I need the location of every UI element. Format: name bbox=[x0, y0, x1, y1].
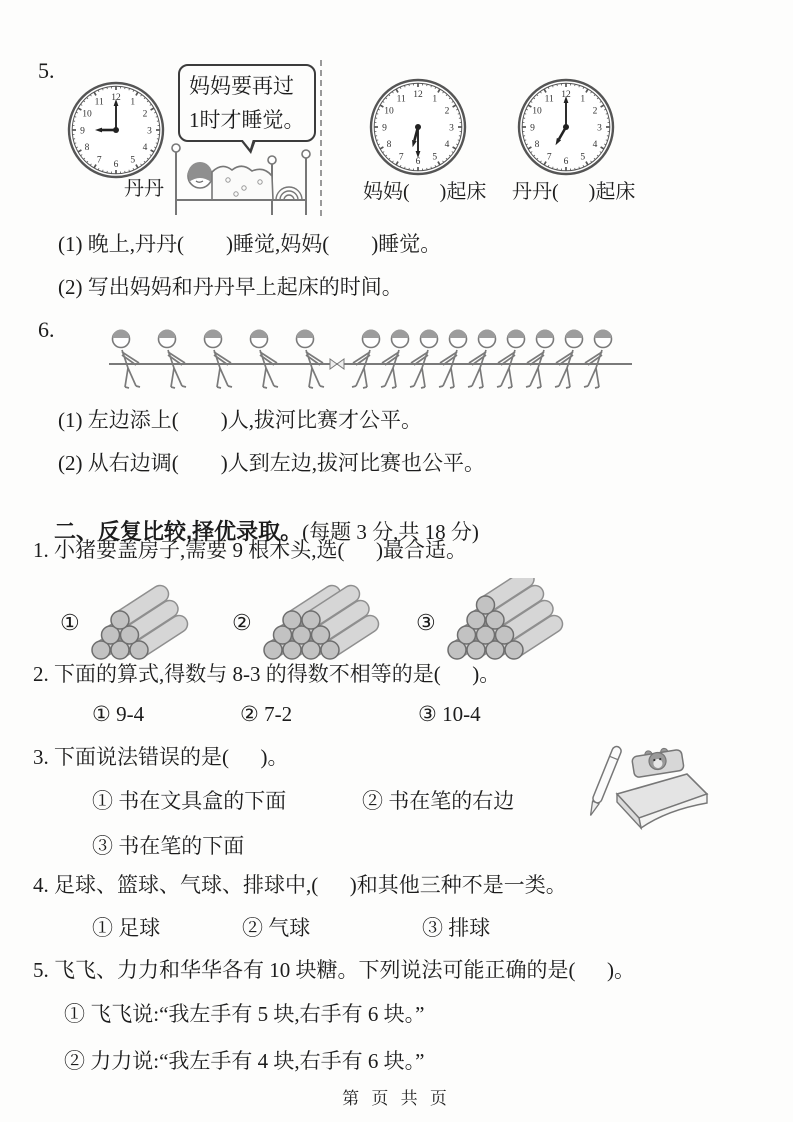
q6-sub1: (1) 左边添上( )人,拔河比赛才公平。 bbox=[58, 406, 422, 434]
svg-text:11: 11 bbox=[397, 94, 406, 104]
s2q1-option-2-label: ② bbox=[232, 610, 252, 636]
s2q2-text: 2. 下面的算式,得数与 8-3 的得数不相等的是( )。 bbox=[33, 660, 500, 688]
q5-scene-clock: 123456789101112 bbox=[66, 80, 166, 187]
book-pen-illustration bbox=[565, 736, 715, 836]
q5-number: 5. bbox=[38, 56, 55, 86]
worksheet-page: 5. 123456789101112 妈妈要再过 1时才睡觉。 丹丹 12345… bbox=[0, 0, 793, 1122]
svg-text:1: 1 bbox=[432, 94, 437, 104]
q5-sub2: (2) 写出妈妈和丹丹早上起床的时间。 bbox=[58, 273, 403, 301]
speech-bubble: 妈妈要再过 1时才睡觉。 bbox=[178, 64, 316, 142]
s2q1-option-1-label: ① bbox=[60, 610, 80, 636]
svg-text:3: 3 bbox=[449, 123, 454, 133]
svg-text:9: 9 bbox=[382, 123, 387, 133]
s2q5-option-2: ② 力力说:“我左手有 4 块,右手有 6 块。” bbox=[64, 1047, 424, 1075]
page-footer: 第 页 共 页 bbox=[0, 1084, 793, 1109]
log-pile-illustration bbox=[88, 578, 213, 667]
s2q1-option-1: ① bbox=[60, 578, 213, 667]
s2q2-option-3: ③ 10-4 bbox=[418, 700, 481, 728]
svg-text:8: 8 bbox=[85, 143, 90, 153]
svg-text:9: 9 bbox=[530, 123, 535, 133]
log-pile-illustration bbox=[444, 578, 569, 667]
mama-rise-line: 妈妈( )起床 bbox=[363, 179, 486, 206]
s2q1-text: 1. 小猪要盖房子,需要 9 根木头,选( )最合适。 bbox=[33, 536, 467, 564]
svg-text:3: 3 bbox=[147, 126, 152, 136]
svg-text:3: 3 bbox=[597, 123, 602, 133]
dandan-clock: 123456789101112 bbox=[516, 77, 616, 184]
dandan-rise-line: 丹丹( )起床 bbox=[512, 179, 635, 206]
s2q1-option-2: ② bbox=[232, 578, 385, 667]
svg-text:2: 2 bbox=[143, 110, 148, 120]
svg-text:1: 1 bbox=[130, 97, 135, 107]
svg-text:2: 2 bbox=[593, 107, 598, 117]
s2q4-option-1: ① 足球 bbox=[92, 914, 160, 942]
svg-text:11: 11 bbox=[95, 97, 104, 107]
q6-number: 6. bbox=[38, 315, 55, 345]
log-pile-illustration bbox=[260, 578, 385, 667]
s2q4-option-3: ③ 排球 bbox=[422, 914, 490, 942]
svg-text:4: 4 bbox=[143, 143, 148, 153]
s2q3-option-3: ③ 书在笔的下面 bbox=[92, 832, 244, 860]
svg-text:12: 12 bbox=[413, 90, 423, 100]
tug-of-war-illustration bbox=[103, 318, 638, 403]
svg-text:4: 4 bbox=[445, 140, 450, 150]
svg-text:7: 7 bbox=[97, 155, 102, 165]
svg-text:10: 10 bbox=[82, 110, 92, 120]
s2q4-text: 4. 足球、篮球、气球、排球中,( )和其他三种不是一类。 bbox=[33, 871, 567, 899]
q6-sub2: (2) 从右边调( )人到左边,拔河比赛也公平。 bbox=[58, 449, 485, 477]
svg-text:6: 6 bbox=[114, 160, 119, 170]
speech-bubble-line2: 1时才睡觉。 bbox=[189, 103, 305, 137]
s2q3-text: 3. 下面说法错误的是( )。 bbox=[33, 743, 289, 771]
svg-text:10: 10 bbox=[532, 107, 542, 117]
q5-sub1: (1) 晚上,丹丹( )睡觉,妈妈( )睡觉。 bbox=[58, 230, 441, 258]
s2q1-option-3-label: ③ bbox=[416, 610, 436, 636]
svg-text:11: 11 bbox=[545, 94, 554, 104]
mama-clock: 123456789101112 bbox=[368, 77, 468, 184]
svg-text:8: 8 bbox=[535, 140, 540, 150]
s2q2-option-1: ① 9-4 bbox=[92, 700, 144, 728]
svg-text:5: 5 bbox=[130, 155, 135, 165]
q5-dashed-divider bbox=[320, 60, 322, 216]
svg-text:2: 2 bbox=[445, 107, 450, 117]
s2q3-option-2: ② 书在笔的右边 bbox=[362, 787, 514, 815]
svg-text:4: 4 bbox=[593, 140, 598, 150]
svg-text:7: 7 bbox=[399, 152, 404, 162]
s2q2-option-2: ② 7-2 bbox=[240, 700, 292, 728]
s2q5-option-1: ① 飞飞说:“我左手有 5 块,右手有 6 块。” bbox=[64, 1000, 424, 1028]
svg-text:9: 9 bbox=[80, 126, 85, 136]
svg-text:5: 5 bbox=[580, 152, 585, 162]
s2q5-text: 5. 飞飞、力力和华华各有 10 块糖。下列说法可能正确的是( )。 bbox=[33, 956, 635, 984]
svg-text:7: 7 bbox=[547, 152, 552, 162]
svg-text:10: 10 bbox=[384, 107, 394, 117]
svg-text:6: 6 bbox=[564, 157, 569, 167]
svg-text:6: 6 bbox=[416, 157, 421, 167]
s2q3-option-1: ① 书在文具盒的下面 bbox=[92, 787, 286, 815]
svg-text:8: 8 bbox=[387, 140, 392, 150]
svg-text:1: 1 bbox=[580, 94, 585, 104]
s2q1-option-3: ③ bbox=[416, 578, 569, 667]
svg-text:5: 5 bbox=[432, 152, 437, 162]
speech-bubble-line1: 妈妈要再过 bbox=[189, 69, 305, 103]
dandan-label: 丹丹 bbox=[124, 176, 164, 203]
s2q4-option-2: ② 气球 bbox=[242, 914, 310, 942]
